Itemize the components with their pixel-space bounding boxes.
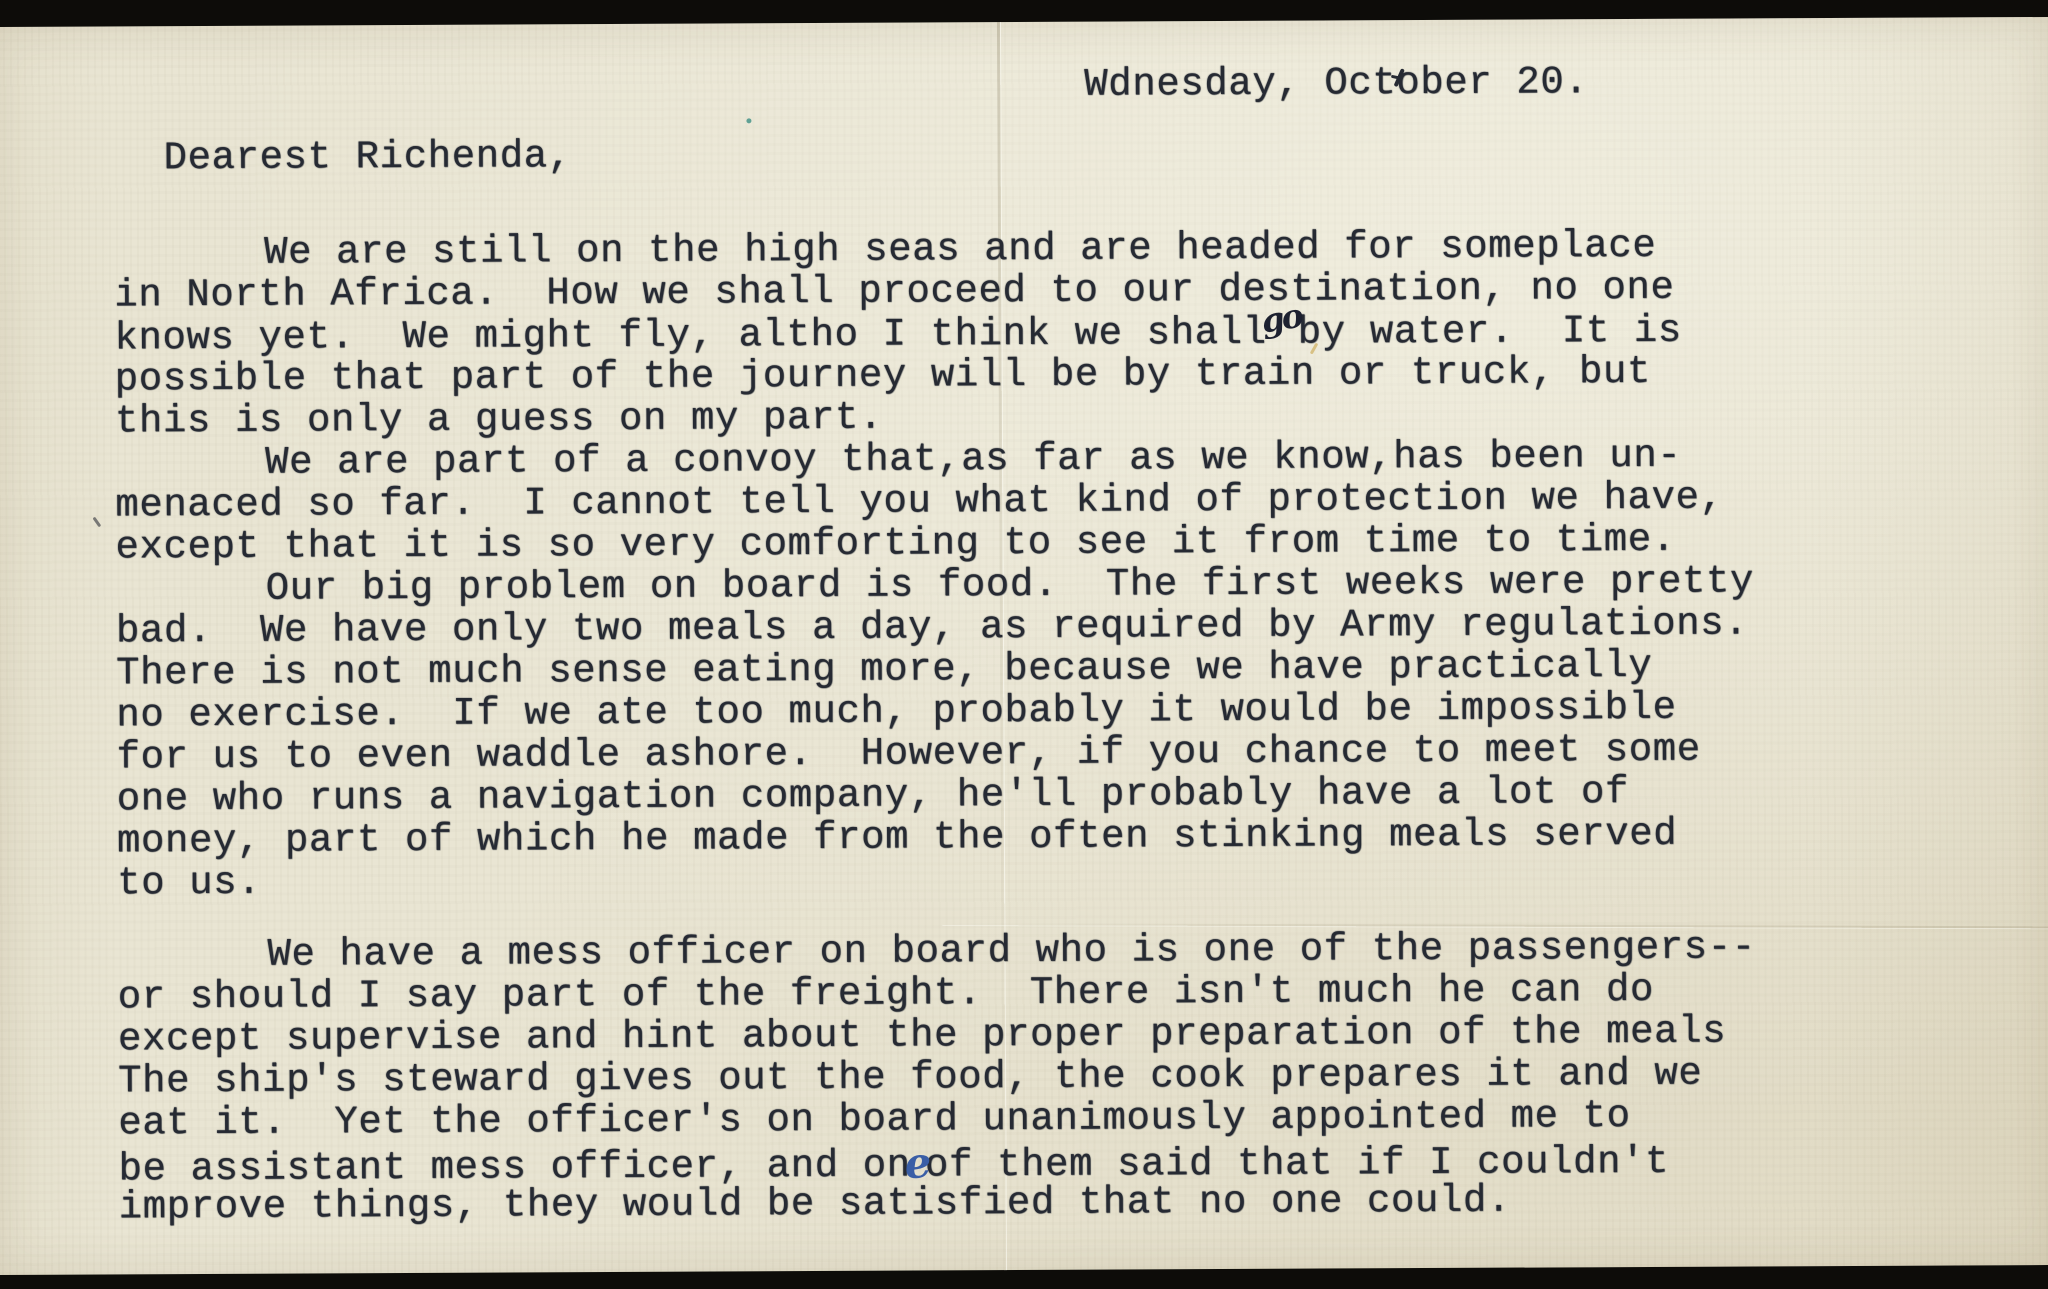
letter-line: bad. We have only two meals a day, as re… [116, 601, 2016, 652]
letter-line: improve things, they would be satisfied … [119, 1177, 2019, 1228]
paragraph: We are still on the high seas and are he… [114, 223, 2015, 442]
letter-paragraphs: We are still on the high seas and are he… [114, 223, 2019, 1228]
salutation: Dearest Richenda, [164, 128, 2014, 179]
handwritten-correction-letter: e [903, 1142, 933, 1186]
paragraph: Our big problem on board is food. The fi… [116, 559, 2018, 904]
letter-line: We have a mess officer on board who is o… [117, 925, 2017, 976]
letter-body: Wdnesday, October 20. Dearest Richenda, … [0, 17, 2048, 1275]
paragraph: We have a mess officer on board who is o… [117, 925, 2018, 1228]
handwritten-inserted-word: go [1258, 295, 1303, 343]
scan-background: Wdnesday, October 20. Dearest Richenda, … [0, 0, 2048, 1289]
paragraph: We are part of a convoy that,as far as w… [115, 433, 2016, 568]
letter-paper: Wdnesday, October 20. Dearest Richenda, … [0, 17, 2048, 1275]
date-line: Wdnesday, October 20. [1084, 59, 2013, 106]
